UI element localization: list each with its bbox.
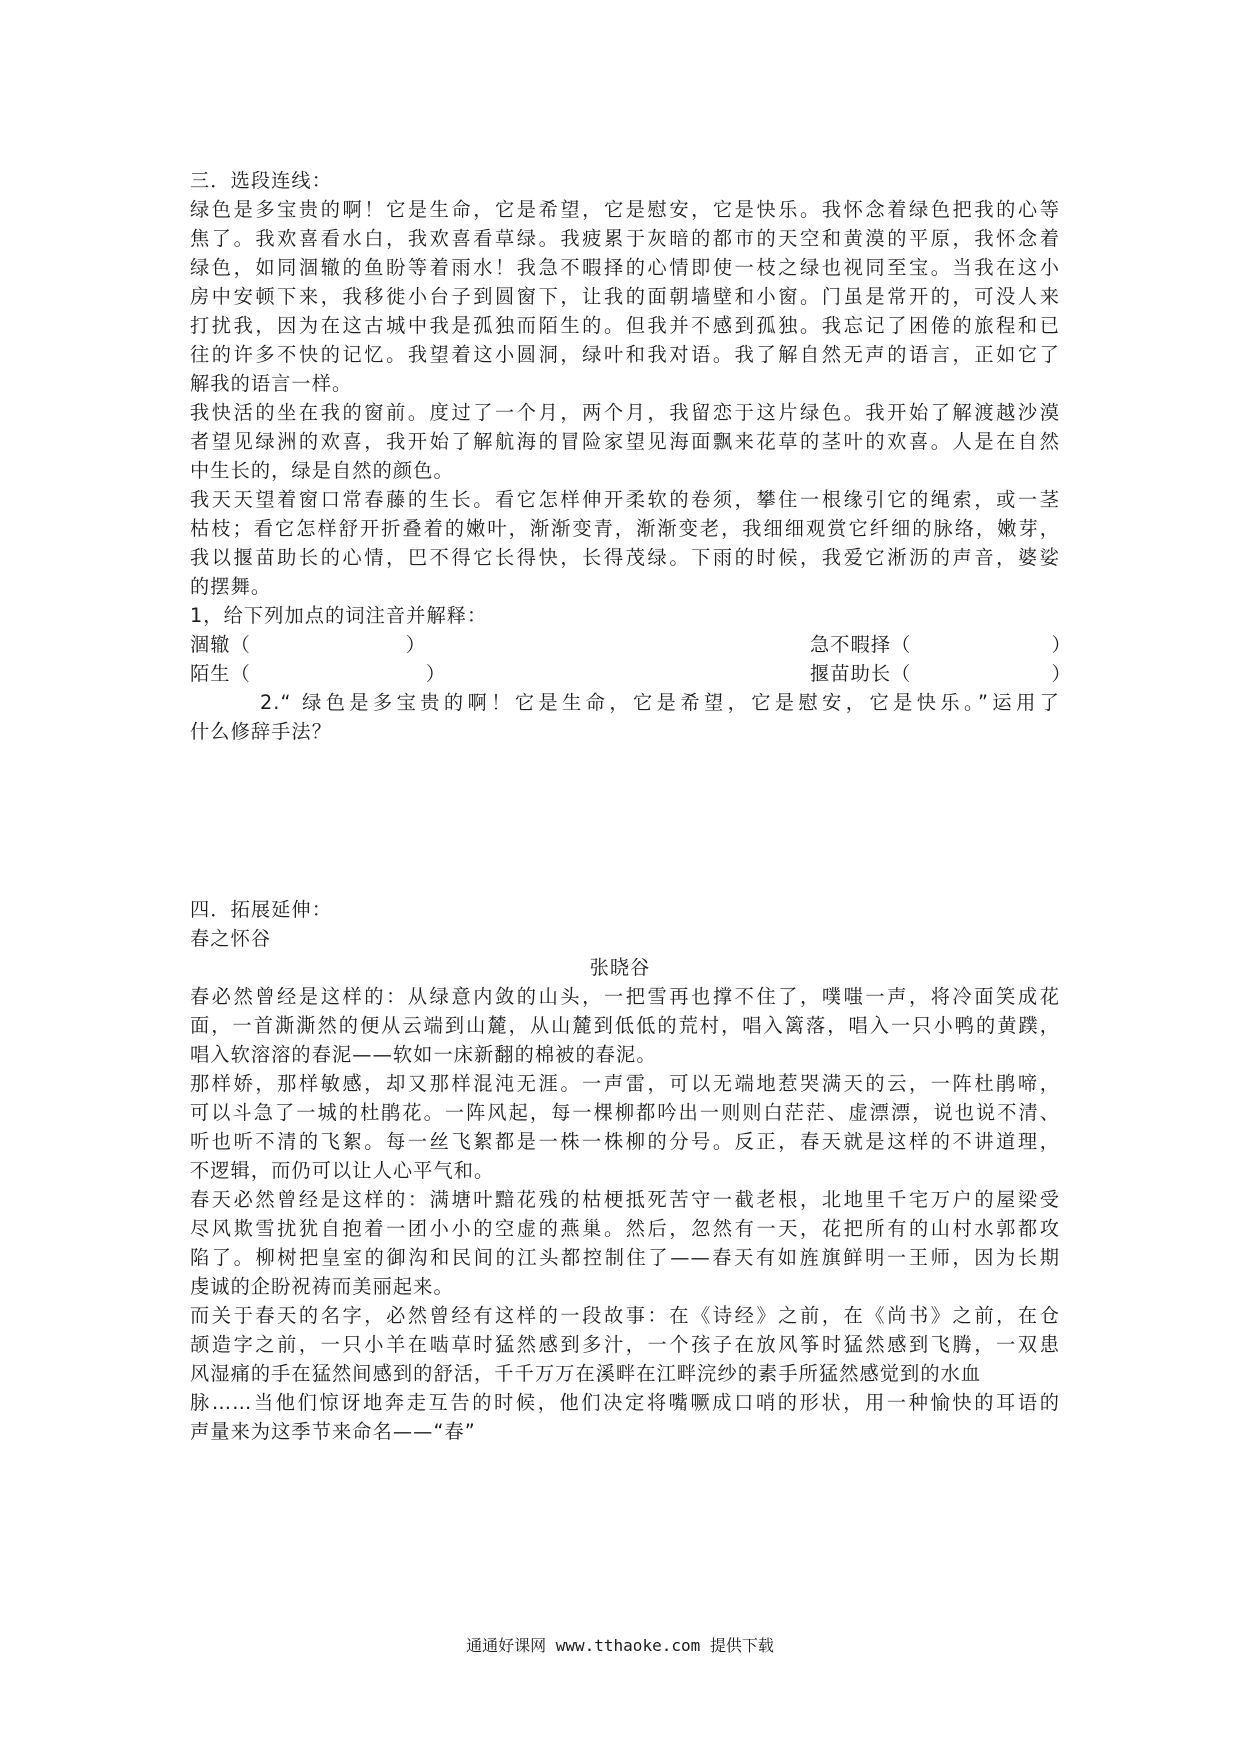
article-line: 风湿痛的手在猛然间感到的舒活，千千万万在溪畔在江畔浣纱的素手所猛然感觉到的水血 [190, 1359, 1060, 1389]
passage-line: 我以揠苗助长的心情，巴不得它长得快，长得茂绿。下雨的时候，我爱它淅沥的声音，婆娑 [190, 543, 1060, 573]
article-title: 春之怀谷 [190, 924, 1060, 954]
vocab-word: 陌生（ [190, 662, 251, 685]
article-line: 颉造字之前，一只小羊在啮草时猛然感到多汁，一个孩子在放风筝时猛然感到飞腾，一双患 [190, 1330, 1060, 1360]
passage-line: 绿色，如同涸辙的鱼盼等着雨水！我急不暇择的心情即使一枝之绿也视同至宝。当我在这小 [190, 253, 1060, 283]
article-line: 而关于春天的名字，必然曾经有这样的一段故事：在《诗经》之前，在《尚书》之前，在仓 [190, 1301, 1060, 1331]
article-line: 春天必然曾经是这样的：满塘叶黯花残的枯梗抵死苦守一截老根，北地里千宅万户的屋梁受 [190, 1185, 1060, 1215]
question-2-line2: 什么修辞手法？ [190, 717, 1060, 747]
section4-heading: 四．拓展延伸： [190, 895, 1060, 925]
passage-line: 枯枝；看它怎样舒开折叠着的嫩叶，渐渐变青，渐渐变老，我细细观赏它纤细的脉络，嫩芽… [190, 514, 1060, 544]
article-line: 唱入软溶溶的春泥——软如一床新翻的棉被的春泥。 [190, 1040, 1060, 1070]
passage-line: 解我的语言一样。 [190, 369, 1060, 399]
vocab-item-jibuxiaze: 急不暇择（） [810, 630, 1072, 660]
article-line: 面，一首澌澌然的便从云端到山麓，从山麓到低低的荒村，唱入篱落，唱入一只小鸭的黄蹼… [190, 1011, 1060, 1041]
article-line: 虔诚的企盼祝祷而美丽起来。 [190, 1272, 1060, 1302]
article-line: 听也听不清的飞絮。每一丝飞絮都是一株一株柳的分号。反正，春天就是这样的不讲道理， [190, 1127, 1060, 1157]
passage-line: 房中安顿下来，我移徙小台子到圆窗下，让我的面朝墙壁和小窗。门虽是常开的，可没人来 [190, 282, 1060, 312]
article-author: 张晓谷 [0, 953, 1240, 983]
vocab-item-yamiaozhuzhang: 揠苗助长（） [810, 659, 1072, 689]
section3-heading: 三．选段连线： [190, 166, 1060, 196]
passage-line: 绿色是多宝贵的啊！它是生命，它是希望，它是慰安，它是快乐。我怀念着绿色把我的心等 [190, 195, 1060, 225]
vocab-close-paren: ） [406, 633, 426, 656]
vocab-close-paren: ） [426, 662, 446, 685]
passage-line: 往的许多不快的记忆。我望着这小圆洞，绿叶和我对语。我了解自然无声的语言，正如它了 [190, 340, 1060, 370]
passage-line: 我天天望着窗口常春藤的生长。看它怎样伸开柔软的卷须，攀住一根缘引它的绳索，或一茎 [190, 485, 1060, 515]
vocab-close-paren: ） [1051, 662, 1071, 685]
vocab-word: 涸辙（ [190, 633, 251, 656]
article-line: 陷了。柳树把皇室的御沟和民间的江头都控制住了——春天有如旌旗鲜明一王师，因为长期 [190, 1243, 1060, 1273]
passage-line: 中生长的，绿是自然的颜色。 [190, 456, 1060, 486]
article-line: 不逻辑，而仍可以让人心平气和。 [190, 1156, 1060, 1186]
vocab-word: 急不暇择（ [810, 633, 911, 656]
article-line: 脉……当他们惊讶地奔走互告的时候，他们决定将嘴噘成口哨的形状，用一种愉快的耳语的 [190, 1388, 1060, 1418]
passage-line: 打扰我，因为在这古城中我是孤独而陌生的。但我并不感到孤独。我忘记了困倦的旅程和已 [190, 311, 1060, 341]
article-line: 尽风欺雪扰犹自抱着一团小小的空虚的燕巢。然后，忽然有一天，花把所有的山村水郭都攻 [190, 1214, 1060, 1244]
article-line: 声量来为这季节来命名——“春” [190, 1417, 1060, 1447]
article-line: 春必然曾经是这样的：从绿意内敛的山头，一把雪再也撑不住了，噗嗤一声，将冷面笑成花 [190, 982, 1060, 1012]
footer-credit: 通通好课网 www.tthaoke.com 提供下载 [0, 1635, 1240, 1657]
vocab-item-hezhe: 涸辙（） [190, 630, 426, 660]
article-line: 那样娇，那样敏感，却又那样混沌无涯。一声雷，可以无端地惹哭满天的云，一阵杜鹃啼， [190, 1069, 1060, 1099]
passage-line: 的摆舞。 [190, 572, 1060, 602]
passage-line: 者望见绿洲的欢喜，我开始了解航海的冒险家望见海面飘来花草的茎叶的欢喜。人是在自然 [190, 427, 1060, 457]
passage-line: 我快活的坐在我的窗前。度过了一个月，两个月，我留恋于这片绿色。我开始了解渡越沙漠 [190, 398, 1060, 428]
passage-line: 焦了。我欢喜看水白，我欢喜看草绿。我疲累于灰暗的都市的天空和黄漠的平原，我怀念着 [190, 224, 1060, 254]
question-2-line1: 2.“ 绿色是多宝贵的啊！它是生命，它是希望，它是慰安，它是快乐。”运用了 [260, 688, 1060, 718]
vocab-close-paren: ） [1051, 633, 1071, 656]
vocab-item-mosheng: 陌生（） [190, 659, 446, 689]
article-line: 可以斗急了一城的杜鹃花。一阵风起，每一棵柳都吟出一则则白茫茫、虚漂漂，说也说不清… [190, 1098, 1060, 1128]
document-page: 三．选段连线： 绿色是多宝贵的啊！它是生命，它是希望，它是慰安，它是快乐。我怀念… [0, 0, 1240, 1754]
vocab-word: 揠苗助长（ [810, 662, 911, 685]
question-1-prompt: 1，给下列加点的词注音并解释： [190, 601, 1060, 631]
